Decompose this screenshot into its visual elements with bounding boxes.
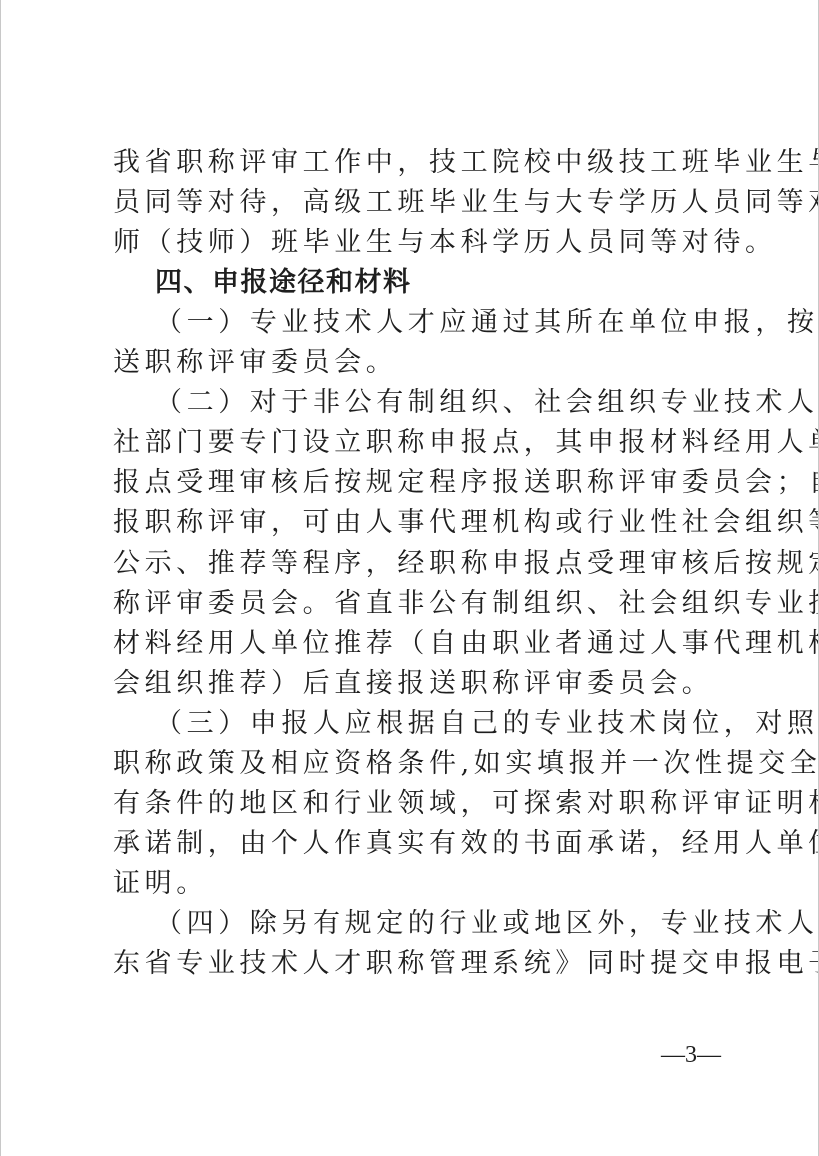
text-line: 报职称评审，可由人事代理机构或行业性社会组织等履行审核、 [113,503,719,543]
text-line: 东省专业技术人才职称管理系统》同时提交申报电子材料。 [113,944,719,984]
text-line: （三）申报人应根据自己的专业技术岗位，对照国家、省的 [155,704,719,744]
text-line: 有条件的地区和行业领域，可探索对职称评审证明材料试行告知 [113,784,719,824]
text-line: （一）专业技术人才应通过其所在单位申报，按规定程序报 [155,303,719,343]
text-line: 材料经用人单位推荐（自由职业者通过人事代理机构或行业性社 [113,624,719,664]
text-line: （二）对于非公有制组织、社会组织专业技术人才，各级人 [155,383,719,423]
text-line: 社部门要专门设立职称申报点，其申报材料经用人单位推荐、申 [113,423,719,463]
text-line: 公示、推荐等程序，经职称申报点受理审核后按规定程序报送职 [113,544,719,584]
section-heading: 四、申报途径和材料 [155,263,719,303]
document-page: 我省职称评审工作中，技工院校中级技工班毕业生与中专学历人员同等对待，高级工班毕业… [1,0,819,1156]
text-line: 会组织推荐）后直接报送职称评审委员会。 [113,664,719,704]
text-line: 报点受理审核后按规定程序报送职称评审委员会；自由职业者申 [113,463,719,503]
text-line: 证明。 [113,864,719,904]
text-line: 师（技师）班毕业生与本科学历人员同等对待。 [113,223,719,263]
text-line: 承诺制，由个人作真实有效的书面承诺，经用人单位确认后替代 [113,824,719,864]
page-number: —3— [661,1042,721,1069]
text-line: 我省职称评审工作中，技工院校中级技工班毕业生与中专学历人 [113,143,719,183]
text-line: 职称政策及相应资格条件,如实填报并一次性提交全部申报材料。 [113,744,719,784]
text-line: （四）除另有规定的行业或地区外，专业技术人才应通过《广 [155,904,719,944]
text-line: 员同等对待，高级工班毕业生与大专学历人员同等对待，预备技 [113,183,719,223]
text-line: 送职称评审委员会。 [113,343,719,383]
text-line: 称评审委员会。省直非公有制组织、社会组织专业技术人才申报 [113,584,719,624]
